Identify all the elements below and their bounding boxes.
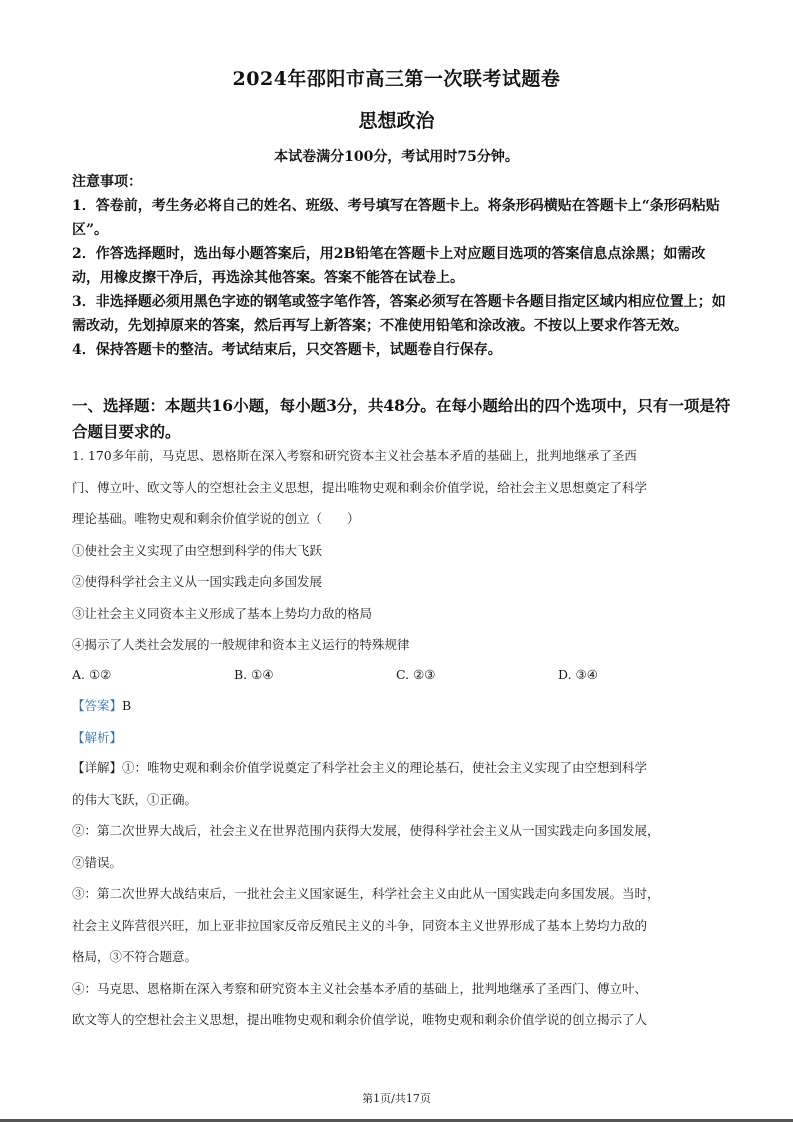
notice-item-3: 3．非选择题必须用黑色字迹的钢笔或签字笔作答，答案必须写在答题卡各题目指定区域内… [72,290,732,338]
question-1: 1. 170多年前，马克思、恩格斯在深入考察和研究资本主义社会基本矛盾的基础上，… [72,440,732,661]
statement-2: ②使得科学社会主义从一国实践走向多国发展 [72,566,732,598]
question-stem-line: 理论基础。唯物史观和剩余价值学说的创立（ ） [72,503,732,535]
notice-item-1: 1．答卷前，考生务必将自己的姓名、班级、考号填写在答题卡上。将条形码横贴在答题卡… [72,194,732,242]
answer-options: A. ①② B. ①④ C. ②③ D. ③④ [72,659,732,691]
exam-subject: 思想政治 [0,106,793,133]
option-b: B. ①④ [234,659,396,691]
statement-3: ③让社会主义同资本主义形成了基本上势均力敌的格局 [72,598,732,630]
detail-label: 【详解】 [72,760,122,775]
answer-line: 【答案】B [72,690,732,722]
exam-info: 本试卷满分100分，考试用时75分钟。 [0,146,793,166]
option-a: A. ①② [72,659,234,691]
detail-line: 【详解】①：唯物史观和剩余价值学说奠定了科学社会主义的理论基石，使社会主义实现了… [72,752,732,784]
detail-line: 格局，③不符合题意。 [72,941,732,973]
detail-line: 社会主义阵营很兴旺，加上亚非拉国家反帝反殖民主义的斗争，同资本主义世界形成了基本… [72,910,732,942]
statement-1: ①使社会主义实现了由空想到科学的伟大飞跃 [72,535,732,567]
detail-line: ③：第二次世界大战结束后，一批社会主义国家诞生，科学社会主义由此从一国实践走向多… [72,878,732,910]
notice-item-2: 2．作答选择题时，选出每小题答案后，用2B铅笔在答题卡上对应题目选项的答案信息点… [72,242,732,290]
detail-line: ④：马克思、恩格斯在深入考察和研究资本主义社会基本矛盾的基础上，批判地继承了圣西… [72,973,732,1005]
answer-label: 【答案】 [72,698,122,713]
detail-line: 的伟大飞跃，①正确。 [72,784,732,816]
detail-line: 欧文等人的空想社会主义思想，提出唯物史观和剩余价值学说，唯物史观和剩余价值学说的… [72,1004,732,1036]
notice-item-4: 4．保持答题卡的整洁。考试结束后，只交答题卡，试题卷自行保存。 [72,338,732,362]
page-indicator: 第1页/共17页 [0,1090,793,1106]
notice-block: 注意事项： 1．答卷前，考生务必将自己的姓名、班级、考号填写在答题卡上。将条形码… [72,170,732,362]
option-c: C. ②③ [396,659,558,691]
detail-line: ②：第二次世界大战后，社会主义在世界范围内获得大发展，使得科学社会主义从一国实践… [72,815,732,847]
analysis-line: 【解析】 [72,722,732,754]
question-stem-line: 1. 170多年前，马克思、恩格斯在深入考察和研究资本主义社会基本矛盾的基础上，… [72,440,732,472]
answer-block: 【答案】B 【解析】 [72,690,732,753]
section-heading: 一、选择题：本题共16小题，每小题3分，共48分。在每小题给出的四个选项中，只有… [72,393,732,445]
detail-line: ②错误。 [72,847,732,879]
notice-heading: 注意事项： [72,170,732,194]
statement-4: ④揭示了人类社会发展的一般规律和资本主义运行的特殊规律 [72,629,732,661]
analysis-label: 【解析】 [72,730,122,745]
answer-value: B [122,698,131,713]
detail-block: 【详解】①：唯物史观和剩余价值学说奠定了科学社会主义的理论基石，使社会主义实现了… [72,752,732,1036]
question-stem-line: 门、傅立叶、欧文等人的空想社会主义思想，提出唯物史观和剩余价值学说，给社会主义思… [72,472,732,504]
option-d: D. ③④ [558,659,720,691]
exam-page: 2024年邵阳市高三第一次联考试题卷 思想政治 本试卷满分100分，考试用时75… [0,0,793,1122]
exam-title: 2024年邵阳市高三第一次联考试题卷 [0,64,793,91]
